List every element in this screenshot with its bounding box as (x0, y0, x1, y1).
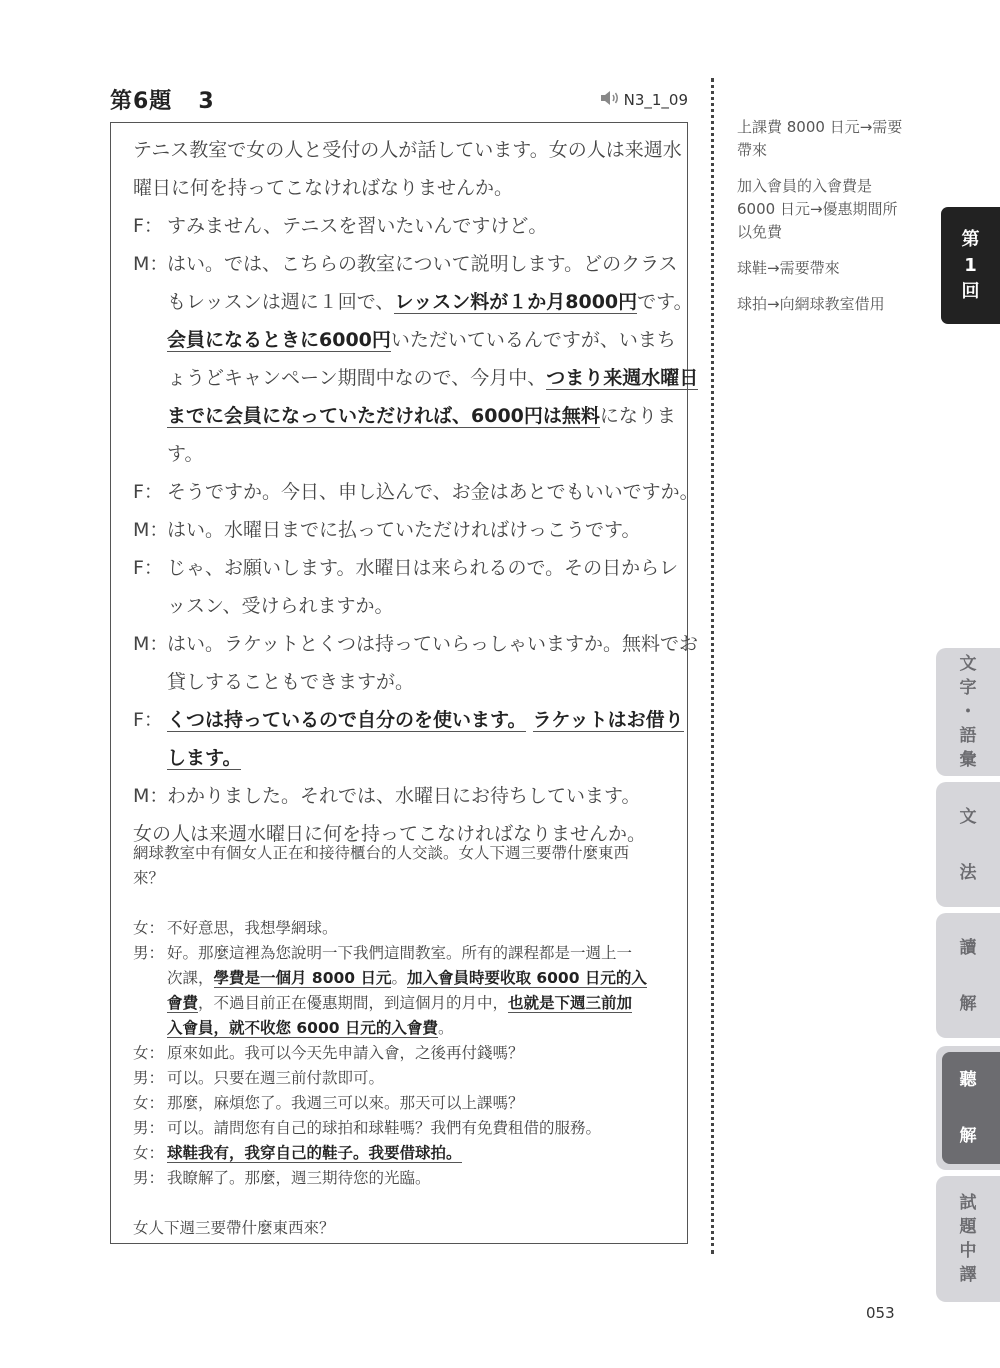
side-note: 球拍→向網球教室借用 (737, 293, 907, 316)
speaker-label: M： (133, 245, 167, 283)
prompt-line: 來？ (133, 866, 673, 891)
section-tab[interactable]: 文字・語彙 (936, 648, 1000, 776)
section-tab[interactable]: 聽解 (936, 1046, 1000, 1170)
key-phrase: レッスン料が１か月8000円 (394, 291, 637, 314)
text-segment: 貸しすることもできますが。 (167, 671, 414, 693)
dialogue-line: ッスン、受けられますか。 (133, 587, 673, 625)
side-notes: 上課費 8000 日元→需要帶來加入會員的入會費是 6000 日元→優惠期間所以… (737, 116, 907, 329)
text-segment: すみません、テニスを習いたいんですけど。 (167, 215, 547, 237)
key-phrase: 会員になるときに6000円 (167, 329, 391, 352)
dialogue-line: 貸しすることもできますが。 (133, 663, 673, 701)
dialogue-line: もレッスンは週に１回で、レッスン料が１か月8000円です。 (133, 283, 673, 321)
tab-char: 聽 (960, 1052, 977, 1108)
tab-char: 語 (960, 724, 977, 748)
chinese-translation: 網球教室中有個女人正在和接待櫃台的人交談。女人下週三要帶什麼東西來？女：不好意思… (133, 841, 673, 1241)
section-tab[interactable]: 試題中譯 (936, 1176, 1000, 1302)
tab-char: 譯 (960, 1263, 977, 1287)
speaker-label: 男： (133, 941, 167, 966)
text-segment (526, 709, 532, 731)
dialogue-line: 女：球鞋我有，我穿自己的鞋子。我要借球拍。 (133, 1141, 673, 1166)
text-segment: じゃ、お願いします。水曜日は来られるので。その日からレ (167, 557, 678, 579)
key-phrase: ラケットはお借り (533, 709, 684, 732)
dialogue-line: 男：可以。只要在週三前付款即可。 (133, 1066, 673, 1091)
text-segment: 可以。請問您有自己的球拍和球鞋嗎？我們有免費租借的服務。 (167, 1119, 601, 1137)
prompt-line: テニス教室で女の人と受付の人が話しています。女の人は来週水 (133, 131, 673, 169)
dialogue-line: M：はい。では、こちらの教室について説明します。どのクラス (133, 245, 673, 283)
side-note: 球鞋→需要帶來 (737, 257, 907, 280)
text-segment: もレッスンは週に１回で、 (167, 291, 394, 313)
question-header: 第6題3 N3_1_09 (110, 84, 690, 114)
round-tab-char: 第 (962, 227, 980, 253)
text-segment: そうですか。今日、申し込んで、お金はあとでもいいですか。 (167, 481, 699, 503)
section-tab[interactable]: 文法 (936, 782, 1000, 907)
dialogue-line: 女：那麼，麻煩您了。我週三可以來。那天可以上課嗎？ (133, 1091, 673, 1116)
dialogue-line: 女：不好意思，我想學網球。 (133, 916, 673, 941)
side-note: 上課費 8000 日元→需要帶來 (737, 116, 907, 162)
text-segment: わかりました。それでは、水曜日にお待ちしています。 (167, 785, 640, 807)
speaker-label: 男： (133, 1166, 167, 1191)
tab-char: 中 (960, 1239, 977, 1263)
round-tab[interactable]: 第1回 (941, 207, 1000, 324)
question-number: 第6題 (110, 89, 172, 114)
dialogue-line: 會費，不過目前正在優惠期間，到這個月的月中，也就是下週三前加 (133, 991, 673, 1016)
speaker-label: M： (133, 511, 167, 549)
dialogue-line: F：そうですか。今日、申し込んで、お金はあとでもいいですか。 (133, 473, 673, 511)
key-phrase: 加入會員時要收取 6000 日元的入 (407, 969, 647, 988)
text-segment: 原來如此。我可以今天先申請入會，之後再付錢嗎？ (167, 1044, 524, 1062)
key-phrase: します。 (167, 747, 241, 770)
text-segment: はい。ラケットとくつは持っていらっしゃいますか。無料でお (167, 633, 698, 655)
dotted-divider (711, 78, 714, 1254)
text-segment: になりま (600, 405, 676, 427)
dialogue-line: F：じゃ、お願いします。水曜日は来られるので。その日からレ (133, 549, 673, 587)
key-phrase: 學費是一個月 8000 日元 (214, 969, 392, 988)
text-segment: はい。水曜日までに払っていただければけっこうです。 (167, 519, 640, 541)
speaker-label: 女： (133, 1091, 167, 1116)
speaker-label: 女： (133, 1141, 167, 1166)
dialogue-line: M：はい。水曜日までに払っていただければけっこうです。 (133, 511, 673, 549)
text-segment: いただいているんですが、いまち (391, 329, 676, 351)
tab-char: 解 (960, 1108, 977, 1164)
dialogue-line: 男：可以。請問您有自己的球拍和球鞋嗎？我們有免費租借的服務。 (133, 1116, 673, 1141)
section-tab[interactable]: 讀解 (936, 913, 1000, 1038)
dialogue-line: 次課，學費是一個月 8000 日元。加入會員時要收取 6000 日元的入 (133, 966, 673, 991)
section-tab-label: 文字・語彙 (960, 652, 977, 772)
text-segment: 我瞭解了。那麼，週三期待您的光臨。 (167, 1169, 431, 1187)
speaker-icon (600, 90, 620, 110)
section-tab-label: 試題中譯 (960, 1191, 977, 1287)
dialogue-line: M：わかりました。それでは、水曜日にお待ちしています。 (133, 777, 673, 815)
key-phrase: までに会員になっていただければ、6000円は無料 (167, 405, 600, 428)
text-segment: ，不過目前正在優惠期間，到這個月的月中， (198, 994, 508, 1012)
dialogue-line: F：くつは持っているので自分のを使います。 ラケットはお借り (133, 701, 673, 739)
text-segment: ッスン、受けられますか。 (167, 595, 393, 617)
section-tab-label: 聽解 (960, 1052, 977, 1164)
tab-char: 字 (960, 676, 977, 700)
tab-char: 解 (960, 976, 977, 1032)
japanese-transcript: テニス教室で女の人と受付の人が話しています。女の人は来週水曜日に何を持ってこなけ… (133, 131, 673, 853)
page-number: 053 (866, 1304, 895, 1322)
audio-track-id: N3_1_09 (624, 91, 688, 109)
text-segment: 可以。只要在週三前付款即可。 (167, 1069, 384, 1087)
text-segment: 。 (438, 1019, 454, 1037)
tab-char: ・ (960, 700, 977, 724)
text-segment: 好。那麼這裡為您說明一下我們這間教室。所有的課程都是一週上一 (167, 944, 632, 962)
text-segment: す。 (167, 443, 203, 465)
key-phrase: つまり来週水曜日 (546, 367, 698, 390)
question-title: 第6題3 (110, 84, 215, 115)
key-phrase: 球鞋我有，我穿自己的鞋子。我要借球拍。 (167, 1144, 462, 1163)
audio-track-label[interactable]: N3_1_09 (600, 90, 688, 110)
text-segment: ょうどキャンペーン期間中なので、今月中、 (167, 367, 546, 389)
key-phrase: くつは持っているので自分のを使います。 (167, 709, 526, 732)
dialogue-line: す。 (133, 435, 673, 473)
dialogue-line: 男：好。那麼這裡為您說明一下我們這間教室。所有的課程都是一週上一 (133, 941, 673, 966)
speaker-label: M： (133, 625, 167, 663)
tab-char: 文 (960, 789, 977, 845)
dialogue-line: 入會員，就不收您 6000 日元的入會費。 (133, 1016, 673, 1041)
key-phrase: 也就是下週三前加 (508, 994, 632, 1013)
dialogue-line: 女：原來如此。我可以今天先申請入會，之後再付錢嗎？ (133, 1041, 673, 1066)
side-note: 加入會員的入會費是 6000 日元→優惠期間所以免費 (737, 175, 907, 244)
tab-char: 文 (960, 652, 977, 676)
dialogue-line: します。 (133, 739, 673, 777)
dialogue-line: ょうどキャンペーン期間中なので、今月中、つまり来週水曜日 (133, 359, 673, 397)
speaker-label: F： (133, 549, 167, 587)
answer-number: 3 (198, 89, 214, 114)
tab-char: 彙 (960, 748, 977, 772)
question-line: 女人下週三要帶什麼東西來？ (133, 1216, 673, 1241)
speaker-label: F： (133, 473, 167, 511)
speaker-label: 女： (133, 1041, 167, 1066)
speaker-label: 男： (133, 1066, 167, 1091)
tab-char: 法 (960, 845, 977, 901)
text-segment: はい。では、こちらの教室について説明します。どのクラス (167, 253, 678, 275)
key-phrase: 入會員，就不收您 6000 日元的入會費 (167, 1019, 438, 1038)
transcript-box: テニス教室で女の人と受付の人が話しています。女の人は来週水曜日に何を持ってこなけ… (110, 122, 688, 1244)
tab-char: 讀 (960, 920, 977, 976)
prompt-line: 曜日に何を持ってこなければなりませんか。 (133, 169, 673, 207)
dialogue-line: 男：我瞭解了。那麼，週三期待您的光臨。 (133, 1166, 673, 1191)
dialogue-line: F：すみません、テニスを習いたいんですけど。 (133, 207, 673, 245)
key-phrase: 會費 (167, 994, 198, 1013)
text-segment: 。 (391, 969, 407, 987)
dialogue-line: M：はい。ラケットとくつは持っていらっしゃいますか。無料でお (133, 625, 673, 663)
text-segment: 不好意思，我想學網球。 (167, 919, 338, 937)
text-segment: 次課， (167, 969, 214, 987)
prompt-line: 網球教室中有個女人正在和接待櫃台的人交談。女人下週三要帶什麼東西 (133, 841, 673, 866)
section-tab-label: 文法 (960, 789, 977, 901)
section-tab-label: 讀解 (960, 920, 977, 1032)
dialogue-line: までに会員になっていただければ、6000円は無料になりま (133, 397, 673, 435)
text-segment: 那麼，麻煩您了。我週三可以來。那天可以上課嗎？ (167, 1094, 524, 1112)
dialogue-line: 会員になるときに6000円いただいているんですが、いまち (133, 321, 673, 359)
tab-char: 題 (960, 1215, 977, 1239)
round-tab-char: 回 (962, 279, 980, 305)
round-tab-char: 1 (964, 253, 977, 279)
speaker-label: M： (133, 777, 167, 815)
speaker-label: F： (133, 701, 167, 739)
text-segment: です。 (637, 291, 692, 313)
tab-char: 試 (960, 1191, 977, 1215)
speaker-label: 女： (133, 916, 167, 941)
speaker-label: F： (133, 207, 167, 245)
speaker-label: 男： (133, 1116, 167, 1141)
